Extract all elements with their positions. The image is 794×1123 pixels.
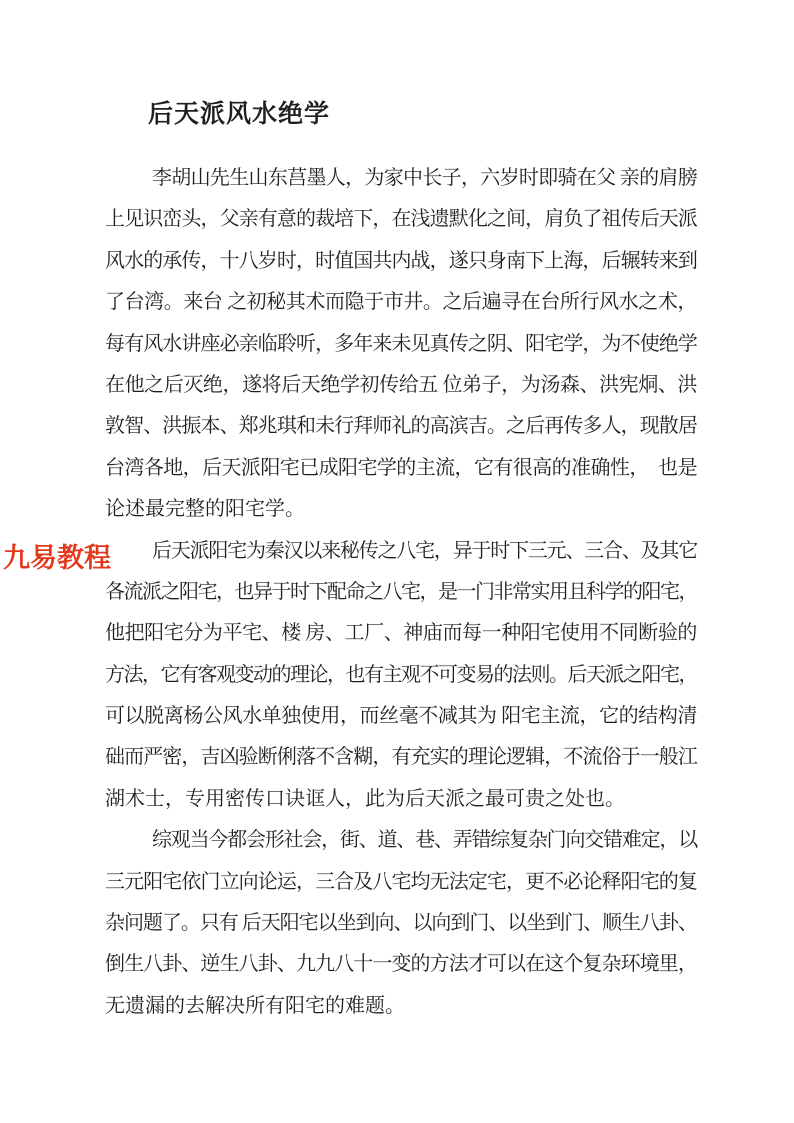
text-line-content: 可以脱离杨公风水单独使用，而丝毫不减其为 阳宅主流，它的结构清 <box>105 705 697 727</box>
text-line: 无遗漏的去解决所有阳宅的难题。 <box>105 986 697 1027</box>
text-line-content: 风水的承传，十八岁时，时值国共内战，遂只身南下上海，后辗转来到 <box>105 250 697 272</box>
text-line-content: 倒生八卦、逆生八卦、九九八十一变的方法才可以在这个复杂环境里， <box>105 953 697 975</box>
text-line: 上见识峦头，父亲有意的裁培下，在浅遗默化之间，肩负了祖传后天派 <box>105 199 697 240</box>
text-line-content: 后天派阳宅为秦汉以来秘传之八宅，异于时下三元、三合、及其它 <box>152 540 697 562</box>
text-line: 综观当今都会形社会，街、道、巷、弄错综复杂门向交错难定，以 <box>105 820 697 861</box>
text-line-content: 论述最完整的阳宅学。 <box>105 498 305 520</box>
document-page: 后天派风水绝学 李胡山先生山东莒墨人，为家中长子，六岁时即骑在父 亲的肩膀上见识… <box>0 0 794 1123</box>
text-line-content: 上见识峦头，父亲有意的裁培下，在浅遗默化之间，肩负了祖传后天派 <box>105 208 697 230</box>
text-line: 湖术士，专用密传口诀诓人，此为后天派之最可贵之处也。 <box>105 779 697 820</box>
watermark: 九易教程 <box>3 544 111 574</box>
text-line: 方法，它有客观变动的理论，也有主观不可变易的法则。后天派之阳宅， <box>105 655 697 696</box>
text-line: 杂问题了。只有 后天阳宅以坐到向、以向到门、以坐到门、顺生八卦、 <box>105 903 697 944</box>
text-line-content: 在他之后灭绝，遂将后天绝学初传给五 位弟子，为汤森、洪宪烔、洪 <box>105 374 697 396</box>
paragraph: 李胡山先生山东莒墨人，为家中长子，六岁时即骑在父 亲的肩膀上见识峦头，父亲有意的… <box>105 158 697 531</box>
text-line-content: 各流派之阳宅，也异于时下配命之八宅，是一门非常实用且科学的阳宅， <box>105 581 697 603</box>
text-line: 可以脱离杨公风水单独使用，而丝毫不减其为 阳宅主流，它的结构清 <box>105 696 697 737</box>
text-line: 倒生八卦、逆生八卦、九九八十一变的方法才可以在这个复杂环境里， <box>105 944 697 985</box>
text-line: 论述最完整的阳宅学。 <box>105 489 697 530</box>
text-line-content: 无遗漏的去解决所有阳宅的难题。 <box>105 995 405 1017</box>
text-line-content: 李胡山先生山东莒墨人，为家中长子，六岁时即骑在父 亲的肩膀 <box>152 167 697 189</box>
text-line-content: 三元阳宅依门立向论运，三合及八宅均无法定宅，更不必论释阳宅的复 <box>105 871 697 893</box>
text-line-content: 台湾各地，后天派阳宅已成阳宅学的主流，它有很高的准确性， 也是 <box>105 457 697 479</box>
text-line-content: 杂问题了。只有 后天阳宅以坐到向、以向到门、以坐到门、顺生八卦、 <box>105 912 697 934</box>
text-line: 在他之后灭绝，遂将后天绝学初传给五 位弟子，为汤森、洪宪烔、洪 <box>105 365 697 406</box>
text-line-content: 他把阳宅分为平宅、楼 房、工厂、神庙而每一种阳宅使用不同断验的 <box>105 622 697 644</box>
paragraph: 综观当今都会形社会，街、道、巷、弄错综复杂门向交错难定，以三元阳宅依门立向论运，… <box>105 820 697 1027</box>
text-line-content: 础而严密，吉凶验断俐落不含糊，有充实的理论逻辑，不流俗于一般江 <box>105 746 697 768</box>
text-line: 各流派之阳宅，也异于时下配命之八宅，是一门非常实用且科学的阳宅， <box>105 572 697 613</box>
document-body: 李胡山先生山东莒墨人，为家中长子，六岁时即骑在父 亲的肩膀上见识峦头，父亲有意的… <box>105 158 697 1027</box>
text-line: 敦智、洪振本、郑兆琪和未行拜师礼的高滨吉。之后再传多人，现散居 <box>105 406 697 447</box>
paragraph: 后天派阳宅为秦汉以来秘传之八宅，异于时下三元、三合、及其它各流派之阳宅，也异于时… <box>105 531 697 821</box>
text-line: 础而严密，吉凶验断俐落不含糊，有充实的理论逻辑，不流俗于一般江 <box>105 737 697 778</box>
text-line: 了台湾。来台 之初秘其术而隐于市井。之后遍寻在台所行风水之术， <box>105 282 697 323</box>
text-line-content: 了台湾。来台 之初秘其术而隐于市井。之后遍寻在台所行风水之术， <box>105 291 697 313</box>
text-line-content: 方法，它有客观变动的理论，也有主观不可变易的法则。后天派之阳宅， <box>105 664 697 686</box>
text-line: 他把阳宅分为平宅、楼 房、工厂、神庙而每一种阳宅使用不同断验的 <box>105 613 697 654</box>
page-title: 后天派风水绝学 <box>148 100 330 130</box>
text-line: 每有风水讲座必亲临聆听，多年来未见真传之阴、阳宅学，为不使绝学 <box>105 324 697 365</box>
text-line: 李胡山先生山东莒墨人，为家中长子，六岁时即骑在父 亲的肩膀 <box>105 158 697 199</box>
text-line-content: 敦智、洪振本、郑兆琪和未行拜师礼的高滨吉。之后再传多人，现散居 <box>105 415 697 437</box>
text-line: 后天派阳宅为秦汉以来秘传之八宅，异于时下三元、三合、及其它 <box>105 531 697 572</box>
text-line-content: 综观当今都会形社会，街、道、巷、弄错综复杂门向交错难定，以 <box>152 829 697 851</box>
text-line-content: 每有风水讲座必亲临聆听，多年来未见真传之阴、阳宅学，为不使绝学 <box>105 333 697 355</box>
text-line: 风水的承传，十八岁时，时值国共内战，遂只身南下上海，后辗转来到 <box>105 241 697 282</box>
text-line: 台湾各地，后天派阳宅已成阳宅学的主流，它有很高的准确性， 也是 <box>105 448 697 489</box>
text-line-content: 湖术士，专用密传口诀诓人，此为后天派之最可贵之处也。 <box>105 788 625 810</box>
text-line: 三元阳宅依门立向论运，三合及八宅均无法定宅，更不必论释阳宅的复 <box>105 862 697 903</box>
